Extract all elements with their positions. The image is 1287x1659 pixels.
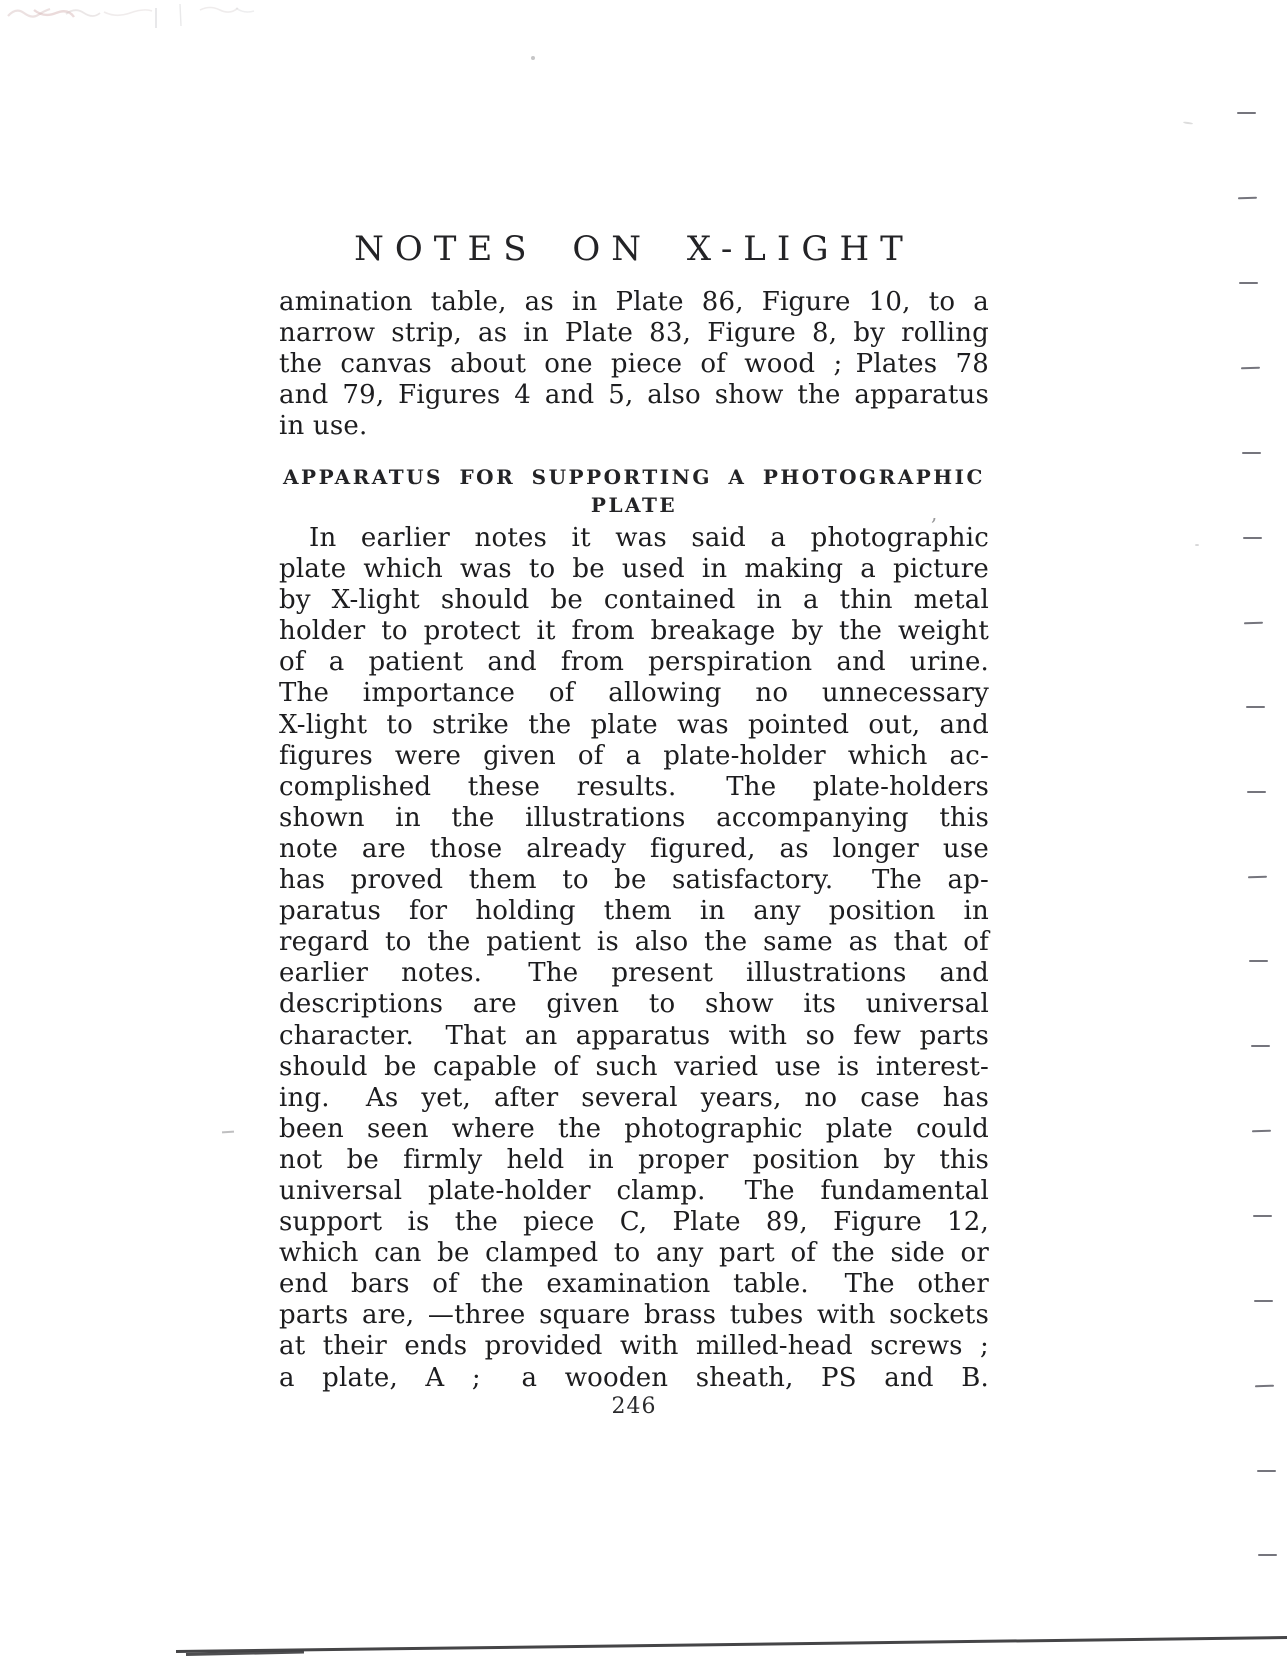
text-line: complished these results. The plate-hold… [279,772,989,803]
edge-mark [1251,1045,1270,1047]
text-line: which can be clamped to any part of the … [279,1238,989,1269]
text-line: been seen where the photographic plate c… [279,1114,989,1145]
book-page-scan: NOTES ON X-LIGHT amination table, as in … [0,0,1287,1659]
section-heading-line2: PLATE [272,491,996,519]
text-line: shown in the illustrations accompanying … [279,803,989,834]
text-line: by X-light should be contained in a thin… [279,585,989,616]
edge-mark [1242,452,1261,454]
text-line: plate which was to be used in making a p… [279,554,989,585]
text-line: at their ends provided with milled-head … [279,1331,989,1362]
edge-mark [1252,1130,1271,1133]
text-line: of a patient and from perspiration and u… [279,647,989,678]
text-line: regard to the patient is also the same a… [279,927,989,958]
edge-mark [1239,282,1258,284]
edge-mark [1244,622,1263,625]
text-line: descriptions are given to show its unive… [279,989,989,1020]
section-heading-line1: APPARATUS FOR SUPPORTING A PHOTOGRAPHIC [272,463,996,491]
paragraph-1: amination table, as in Plate 86, Figure … [279,287,989,442]
text-line: should be capable of such varied use is … [279,1052,989,1083]
edge-mark [1247,791,1266,793]
margin-stray-dash [222,1131,234,1134]
text-line: character. That an apparatus with so few… [279,1021,989,1052]
paragraph-2: In earlier notes it was said a photograp… [279,523,989,1394]
text-line: In earlier notes it was said a photograp… [279,523,989,554]
text-line: has proved them to be satisfactory. The … [279,865,989,896]
edge-mark [1248,876,1267,879]
page-title: NOTES ON X-LIGHT [272,229,996,269]
edge-mark [1249,960,1268,962]
ink-speck [1195,544,1199,546]
edge-mark [1237,112,1256,114]
edge-mark [1255,1385,1274,1388]
section-heading: APPARATUS FOR SUPPORTING A PHOTOGRAPHIC … [272,463,996,519]
stray-ink-mark: , [931,501,937,525]
ink-speck [531,56,535,60]
text-line: X-light to strike the plate was pointed … [279,710,989,741]
edge-mark [1257,1470,1276,1472]
text-line: not be firmly held in proper position by… [279,1145,989,1176]
text-line: parts are, —three square brass tubes wit… [279,1300,989,1331]
text-line: in use. [279,411,989,442]
page-bottom-edge-line [176,1636,1287,1653]
text-line: note are those already figured, as longe… [279,834,989,865]
ink-speck [1183,121,1193,124]
edge-mark [1238,197,1257,200]
text-line: support is the piece C, Plate 89, Figure… [279,1207,989,1238]
text-line: and 79, Figures 4 and 5, also show the a… [279,380,989,411]
text-line: the canvas about one piece of wood ; Pla… [279,349,989,380]
text-line: figures were given of a plate-holder whi… [279,741,989,772]
text-line: The importance of allowing no unnecessar… [279,678,989,709]
text-line: universal plate-holder clamp. The fundam… [279,1176,989,1207]
text-line: earlier notes. The present illustrations… [279,958,989,989]
edge-mark [1246,706,1265,708]
edge-mark [1243,537,1262,539]
edge-mark [1253,1215,1272,1217]
edge-mark [1254,1300,1273,1302]
text-line: paratus for holding them in any position… [279,896,989,927]
page-number: 246 [272,1394,996,1419]
text-line: a plate, A ; a wooden sheath, PS and B. [279,1363,989,1394]
text-line: holder to protect it from breakage by th… [279,616,989,647]
edge-mark [1241,367,1260,370]
text-line: end bars of the examination table. The o… [279,1269,989,1300]
edge-mark [1258,1554,1277,1556]
pencil-scribble [4,0,274,34]
text-line: narrow strip, as in Plate 83, Figure 8, … [279,318,989,349]
text-line: ing. As yet, after several years, no cas… [279,1083,989,1114]
text-line: amination table, as in Plate 86, Figure … [279,287,989,318]
